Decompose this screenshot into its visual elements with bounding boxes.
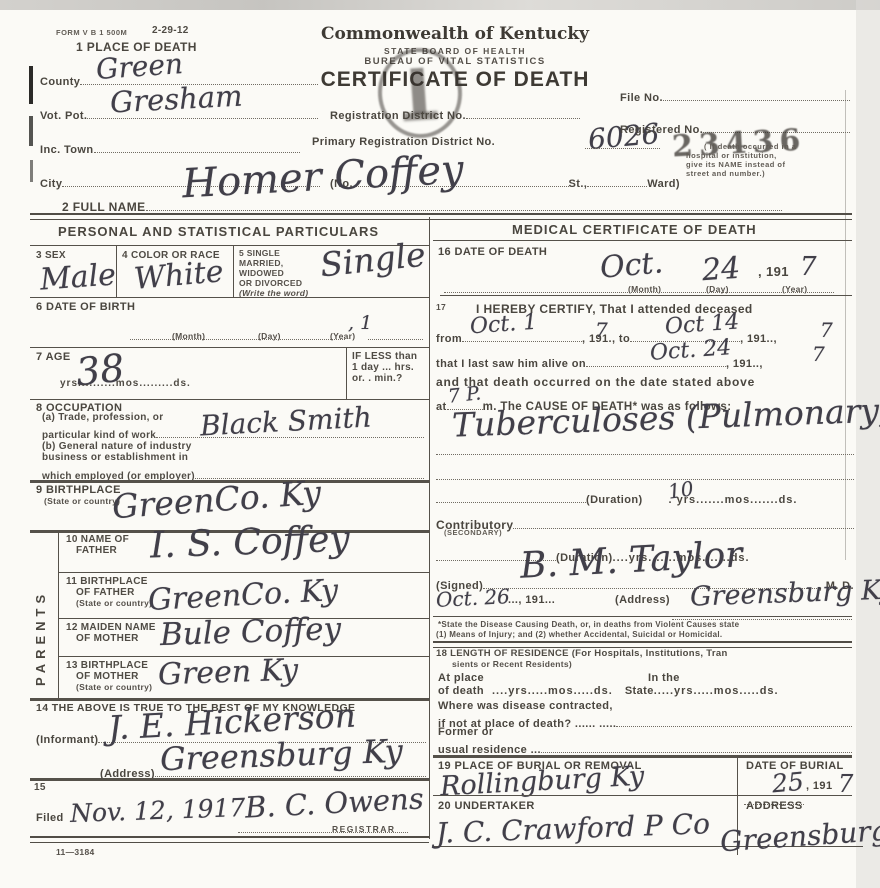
dob-day-label: (Day) [258,331,281,341]
father-name-label: 10 NAME OF [66,534,129,545]
of-death-label: of death [438,685,484,697]
commonwealth-title: Commonwealth of Kentucky [290,24,620,44]
age-units: yrs..........mos.........ds. [60,378,191,389]
form-date: 2-29-12 [152,25,189,36]
dod-year-label: (Year) [782,284,807,294]
marital-label-block: 5 SINGLE MARRIED, WIDOWED OR DIVORCED (W… [239,248,308,298]
birthplace-sub-label: (State or country) [44,496,120,506]
divider-line [433,755,852,758]
divider-line [30,778,429,781]
filed-date-value: Nov. 12, 1917 [70,793,246,828]
occupation-line: (b) General nature of industry [42,441,422,452]
divider-line [30,213,852,220]
last-saw-year-digit: 7 [812,342,825,366]
duration-label: (Duration) [586,494,643,506]
scan-mark [30,160,33,182]
father-bp-label2: OF FATHER [76,587,135,598]
form-number: 11—3184 [56,847,95,857]
state-label: State [625,685,654,697]
form-code: FORM V B 1 500M [56,28,127,37]
undertaker-value: J. C. Crawford P Co [436,807,711,850]
residence-units2: .....yrs.....mos.....ds. [654,685,779,697]
death-certificate-scan: FORM V B 1 500M 2-29-12 1 PLACE OF DEATH… [0,0,880,888]
parents-label: PARENTS [33,556,48,686]
undertaker-label: 20 UNDERTAKER [438,800,535,812]
residence-units1: ....yrs.....mos.....ds. [492,685,613,697]
city-ward-label: Ward) [647,178,680,190]
dotted-line [513,514,854,529]
medical-section-title: MEDICAL CERTIFICATE OF DEATH [512,222,757,237]
physician-address-label: (Address) [615,594,670,606]
dod-year-prefix: , 191 [758,264,789,279]
inc-town-row: Inc. Town [40,138,300,156]
file-no-row: File No. [620,86,850,104]
filed-section-no: 15 [34,782,46,793]
dotted-line [368,325,423,340]
father-name-label2: FATHER [76,545,117,556]
divider-line [433,641,852,648]
burial-year-prefix: , 191 [806,780,832,792]
dotted-line [436,488,586,503]
dob-label: 6 DATE OF BIRTH [36,301,135,313]
dotted-line [436,465,854,480]
marital-label-line: OR DIVORCED [239,278,308,288]
scan-mark [29,66,33,104]
vot-pot-label: Vot. Pot. [40,110,87,122]
at-label: at [436,401,447,413]
dob-year-label: (Year) [330,331,355,341]
former-line1: Former or [438,726,494,738]
at-place-label: At place [438,672,484,684]
marital-label-line: MARRIED, [239,258,308,268]
divider-line [433,616,852,617]
registrar-label: REGISTRAR [332,824,396,834]
dod-month-label: (Month) [628,284,661,294]
occurred-text: and that death occurred on the date stat… [436,375,755,389]
mother-name-label: 12 MAIDEN NAME [66,622,156,633]
informant-label: (Informant) [36,734,98,746]
from-label: from [436,333,462,345]
signed-date-value: Oct. 26 [435,584,510,612]
footnote-line: *State the Disease Causing Death, or, in… [438,620,739,629]
occupation-line: business or establishment in [42,452,422,463]
sex-value: Male [39,257,117,297]
dod-year-value: 7 [800,252,817,282]
divider-line [433,795,852,796]
dod-label: 16 DATE OF DEATH [438,246,547,258]
dod-day-label: (Day) [706,284,729,294]
hospital-note-line: hospital or institution, [686,151,856,160]
to-year-prefix: , 191 [740,333,766,345]
age-if-less-line: IF LESS than [352,351,417,362]
race-value: White [133,254,225,297]
dod-month-value: Oct. [599,245,665,285]
burial-day-value: 25 [771,767,805,799]
physician-address-value: Greensburg Ky [690,574,880,612]
last-saw-label: that I last saw him alive on [436,358,586,370]
scan-edge-right [856,0,880,888]
center-divider [429,217,430,839]
residence-label: 18 LENGTH OF RESIDENCE (For Hospitals, I… [436,648,728,659]
from-value: Oct. 1 [469,310,538,340]
file-no-label: File No. [620,92,663,104]
occupation-line: particular kind of work [42,430,156,441]
county-value: Green [95,47,184,86]
father-name-value: I. S. Coffey [149,519,350,567]
marital-label-line: WIDOWED [239,268,308,278]
divider-line [30,836,429,843]
city-label: City [40,178,62,190]
primary-registration-label: Primary Registration District No. [312,136,495,148]
last-saw-tail: .., [752,358,762,370]
divider-line [440,295,852,296]
personal-section-title: PERSONAL AND STATISTICAL PARTICULARS [58,224,379,239]
dotted-line [587,172,647,187]
mother-bp-value: Green Ky [157,653,298,693]
inc-town-label: Inc. Town [40,144,94,156]
contracted-line2-row: if not at place of death? ...... ..... [438,712,852,730]
dotted-line [541,738,852,753]
dotted-line [663,86,850,101]
divider-line [30,698,429,701]
age-label: 7 AGE [36,351,71,363]
burial-year-value: 7 [838,770,853,798]
divider-line [433,240,852,241]
to-label: ., to [609,333,631,345]
cell-divider [116,245,117,297]
mother-bp-label: 13 BIRTHPLACE [66,660,148,671]
last-saw-row: that I last saw him alive on , 191 .., [436,352,854,370]
city-st-label: St., [569,178,588,190]
residence-label2: sients or Recent Residents) [452,659,572,669]
duration-value: 10 [666,476,695,503]
mother-bp-sub-label: (State or country) [76,682,152,692]
contributory-sub-label: (SECONDARY) [444,528,502,537]
residence-values-row: of death ....yrs.....mos.....ds. State .… [438,685,852,697]
hospital-note-line: street and number.) [686,169,856,178]
vot-pot-value: Gresham [109,79,243,120]
filed-label: Filed [36,812,64,824]
father-bp-label: 11 BIRTHPLACE [66,576,148,587]
dotted-line [466,104,580,119]
registration-district-label: Registration District No. [330,110,466,122]
cell-divider [346,347,347,399]
sex-label: 3 SEX [36,250,66,261]
birthplace-label: 9 BIRTHPLACE [36,484,121,496]
dod-day-value: 24 [701,251,742,289]
divider-line [30,297,429,298]
mother-name-label2: OF MOTHER [76,633,139,644]
hospital-note-line: give its NAME instead of [686,160,856,169]
to-year-digit: 7 [820,318,833,342]
certify-no: 17 [436,302,446,312]
to-tail: .., [767,333,777,345]
bureau-subtitle: BUREAU OF VITAL STATISTICS [290,56,620,67]
board-subtitle: STATE BOARD OF HEALTH [290,46,620,56]
signed-year-tail: ..., 191... [508,594,555,606]
dob-month-label: (Month) [172,331,205,341]
dotted-line [130,325,345,340]
hospital-note-line: ( If death occurred in a [686,142,856,151]
footnote-line: (1) Means of Injury; and (2) whether Acc… [436,630,722,639]
full-name-row: 2 FULL NAME [62,196,782,214]
divider-line [58,572,429,573]
dotted-line [616,712,852,727]
cell-divider [233,245,234,297]
marital-value: Single [318,235,427,285]
cell-divider [58,530,59,698]
father-bp-sub-label: (State or country) [76,598,152,608]
hospital-note: ( If death occurred in a hospital or ins… [686,142,856,178]
registration-district-row: Registration District No. [330,104,580,122]
undertaker-address-label: ADDRESS [746,800,803,812]
duration-row: (Duration) . yrs.......mos.......ds. [436,488,854,506]
dotted-line [94,138,300,153]
former-line2-row: usual residence ... [438,738,852,756]
in-the-label: In the [648,672,680,684]
age-if-less-block: IF LESS than 1 day ... hrs. or. . min.? [352,351,417,384]
scan-edge-top [0,0,880,10]
age-if-less-line: or. . min.? [352,373,417,384]
mother-name-value: Bule Coffey [159,611,341,653]
mother-bp-label2: OF MOTHER [76,671,139,682]
marital-label-line: 5 SINGLE [239,248,308,258]
age-if-less-line: 1 day ... hrs. [352,362,417,373]
scan-mark [29,116,33,146]
from-year-digit: 7 [595,318,608,342]
contracted-line1: Where was disease contracted, [438,700,613,712]
county-label: County [40,76,80,88]
